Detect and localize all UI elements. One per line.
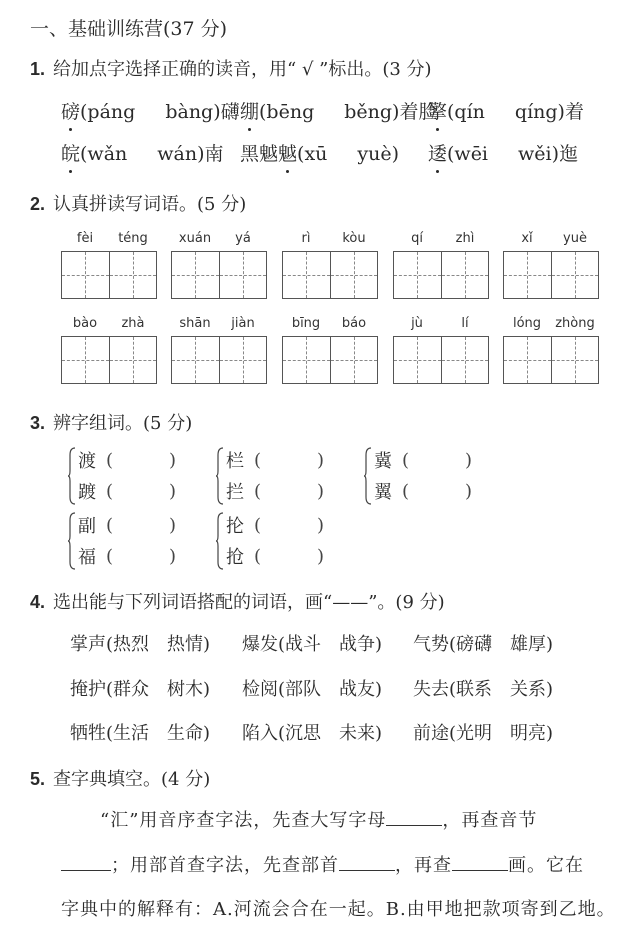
dotted-char: 逶 — [428, 139, 447, 166]
q1-item: 逶(wēiwěi)迤 — [428, 139, 578, 166]
writing-cell[interactable] — [441, 252, 489, 298]
char: 冀 — [374, 447, 396, 473]
char: 副 — [78, 512, 100, 538]
match-item[interactable]: 气势(磅礴 雄厚) — [413, 630, 553, 656]
q1-item: 擎(qínqíng)着 — [428, 97, 584, 124]
option-b[interactable]: běng) — [344, 101, 399, 123]
writing-cell[interactable] — [394, 337, 441, 383]
option-b[interactable]: wěi) — [518, 143, 559, 165]
question-3-heading: 3.辨字组词。(5 分) — [30, 409, 192, 435]
pinyin: báo — [330, 316, 378, 331]
writing-cell[interactable] — [394, 252, 441, 298]
pinyin: jiàn — [219, 316, 267, 331]
char: 抢 — [226, 543, 248, 569]
pinyin: yá — [219, 231, 267, 246]
char-pair: 副() 福() — [68, 512, 198, 572]
pinyin: lí — [441, 316, 489, 331]
match-item[interactable]: 牺牲(生活 生命) — [70, 719, 210, 745]
passage-line: 字典中的解释有：A.河流会合在一起。B.由甲地把款项寄到乙地。 — [61, 895, 616, 921]
char-pair: 栏() 拦() — [216, 447, 346, 507]
pinyin: xuán — [171, 231, 219, 246]
option-a[interactable]: (wǎn — [80, 143, 127, 165]
writing-cell[interactable] — [504, 337, 551, 383]
match-item[interactable]: 掩护(群众 树木) — [70, 675, 210, 701]
match-item[interactable]: 失去(联系 关系) — [413, 675, 553, 701]
question-prompt: 给加点字选择正确的读音，用“ √ ”标出。(3 分) — [53, 59, 432, 80]
writing-cell[interactable] — [62, 337, 109, 383]
option-b[interactable]: qíng) — [515, 101, 565, 123]
pinyin: fèi — [61, 231, 109, 246]
pinyin: lóng — [503, 316, 551, 331]
writing-cell[interactable] — [219, 337, 267, 383]
char-pair: 抡() 抢() — [216, 512, 346, 572]
match-item[interactable]: 检阅(部队 战友) — [242, 675, 382, 701]
pinyin-grid: fèiténg — [61, 251, 157, 299]
match-item[interactable]: 陷入(沉思 未来) — [242, 719, 382, 745]
pinyin: kòu — [330, 231, 378, 246]
fill-blank[interactable] — [61, 852, 111, 871]
question-number: 3. — [30, 413, 45, 433]
option-a[interactable]: (xū — [297, 143, 327, 165]
char: 踱 — [78, 478, 100, 504]
pinyin: bīng — [282, 316, 330, 331]
option-b[interactable]: bàng) — [165, 101, 220, 123]
option-b[interactable]: wán) — [157, 143, 204, 165]
writing-cell[interactable] — [330, 337, 378, 383]
pinyin: rì — [282, 231, 330, 246]
question-number: 5. — [30, 769, 45, 789]
word-suffix: 南 — [205, 143, 224, 165]
dotted-char: 磅 — [61, 97, 80, 124]
pinyin: téng — [109, 231, 157, 246]
match-item[interactable]: 掌声(热烈 热情) — [70, 630, 210, 656]
char: 栏 — [226, 447, 248, 473]
option-a[interactable]: (páng — [80, 101, 135, 123]
q1-item: 绷(bēngběng)着脸 — [240, 97, 437, 124]
section-title: 一、基础训练营(37 分) — [30, 14, 227, 41]
pinyin: zhì — [441, 231, 489, 246]
word-suffix: 迤 — [559, 143, 578, 165]
q1-item: 皖(wǎnwán)南 — [61, 139, 224, 166]
match-item[interactable]: 前途(光明 明亮) — [413, 719, 553, 745]
question-1-heading: 1.给加点字选择正确的读音，用“ √ ”标出。(3 分) — [30, 55, 432, 81]
dotted-char: 绷 — [240, 97, 259, 124]
question-prompt: 查字典填空。(4 分) — [53, 769, 210, 790]
option-a[interactable]: (qín — [447, 101, 485, 123]
char: 拦 — [226, 478, 248, 504]
question-5-heading: 5.查字典填空。(4 分) — [30, 765, 210, 791]
brace-icon — [68, 447, 76, 505]
writing-cell[interactable] — [172, 252, 219, 298]
word-prefix: 黑魆 — [240, 143, 278, 165]
pinyin: jù — [393, 316, 441, 331]
writing-cell[interactable] — [62, 252, 109, 298]
question-number: 4. — [30, 592, 45, 612]
pinyin-grid: qízhì — [393, 251, 489, 299]
writing-cell[interactable] — [283, 252, 330, 298]
pinyin: shān — [171, 316, 219, 331]
fill-blank[interactable] — [452, 852, 508, 871]
option-a[interactable]: (bēng — [259, 101, 314, 123]
pinyin: bào — [61, 316, 109, 331]
dotted-char: 皖 — [61, 139, 80, 166]
pinyin: qí — [393, 231, 441, 246]
pinyin-grid: bīngbáo — [282, 336, 378, 384]
writing-cell[interactable] — [330, 252, 378, 298]
pinyin-grid: shānjiàn — [171, 336, 267, 384]
pinyin-grid: xǐyuè — [503, 251, 599, 299]
char: 翼 — [374, 478, 396, 504]
question-4-heading: 4.选出能与下列词语搭配的词语，画“——”。(9 分) — [30, 588, 445, 614]
passage-line: ；用部首查字法，先查部首，再查画。它在 — [61, 851, 584, 877]
option-a[interactable]: (wēi — [447, 143, 488, 165]
dotted-char: 魆 — [278, 139, 297, 166]
pinyin: zhòng — [551, 316, 599, 331]
brace-icon — [216, 447, 224, 505]
writing-cell[interactable] — [504, 252, 551, 298]
pinyin-grid: bàozhà — [61, 336, 157, 384]
question-2-heading: 2.认真拼读写词语。(5 分) — [30, 190, 246, 216]
question-number: 2. — [30, 194, 45, 214]
passage-line: “汇”用音序查字法，先查大写字母，再查音节 — [100, 806, 537, 832]
pinyin-grid: lóngzhòng — [503, 336, 599, 384]
dotted-char: 擎 — [428, 97, 447, 124]
char-pair: 冀() 翼() — [364, 447, 494, 507]
brace-icon — [364, 447, 372, 505]
match-item[interactable]: 爆发(战斗 战争) — [242, 630, 382, 656]
pinyin: yuè — [551, 231, 599, 246]
question-prompt: 辨字组词。(5 分) — [53, 413, 192, 434]
word-suffix: 礴 — [221, 101, 240, 123]
q1-item: 磅(pángbàng)礴 — [61, 97, 240, 124]
question-prompt: 认真拼读写词语。(5 分) — [53, 194, 246, 215]
pinyin-grid: rìkòu — [282, 251, 378, 299]
fill-blank[interactable] — [386, 807, 442, 826]
writing-cell[interactable] — [109, 337, 157, 383]
char: 渡 — [78, 447, 100, 473]
brace-icon — [216, 512, 224, 570]
pinyin-grid: jùlí — [393, 336, 489, 384]
word-suffix: 着 — [565, 101, 584, 123]
char: 抡 — [226, 512, 248, 538]
writing-cell[interactable] — [283, 337, 330, 383]
pinyin: xǐ — [503, 231, 551, 246]
pinyin-grid: xuányá — [171, 251, 267, 299]
q1-item: 黑魆魆(xūyuè) — [240, 139, 399, 166]
brace-icon — [68, 512, 76, 570]
pinyin: zhà — [109, 316, 157, 331]
writing-cell[interactable] — [109, 252, 157, 298]
question-prompt: 选出能与下列词语搭配的词语，画“——”。(9 分) — [53, 592, 445, 613]
char: 福 — [78, 543, 100, 569]
writing-cell[interactable] — [551, 337, 599, 383]
writing-cell[interactable] — [172, 337, 219, 383]
fill-blank[interactable] — [339, 852, 395, 871]
writing-cell[interactable] — [219, 252, 267, 298]
question-number: 1. — [30, 59, 45, 79]
writing-cell[interactable] — [551, 252, 599, 298]
char-pair: 渡() 踱() — [68, 447, 198, 507]
writing-cell[interactable] — [441, 337, 489, 383]
option-b[interactable]: yuè) — [357, 143, 399, 165]
